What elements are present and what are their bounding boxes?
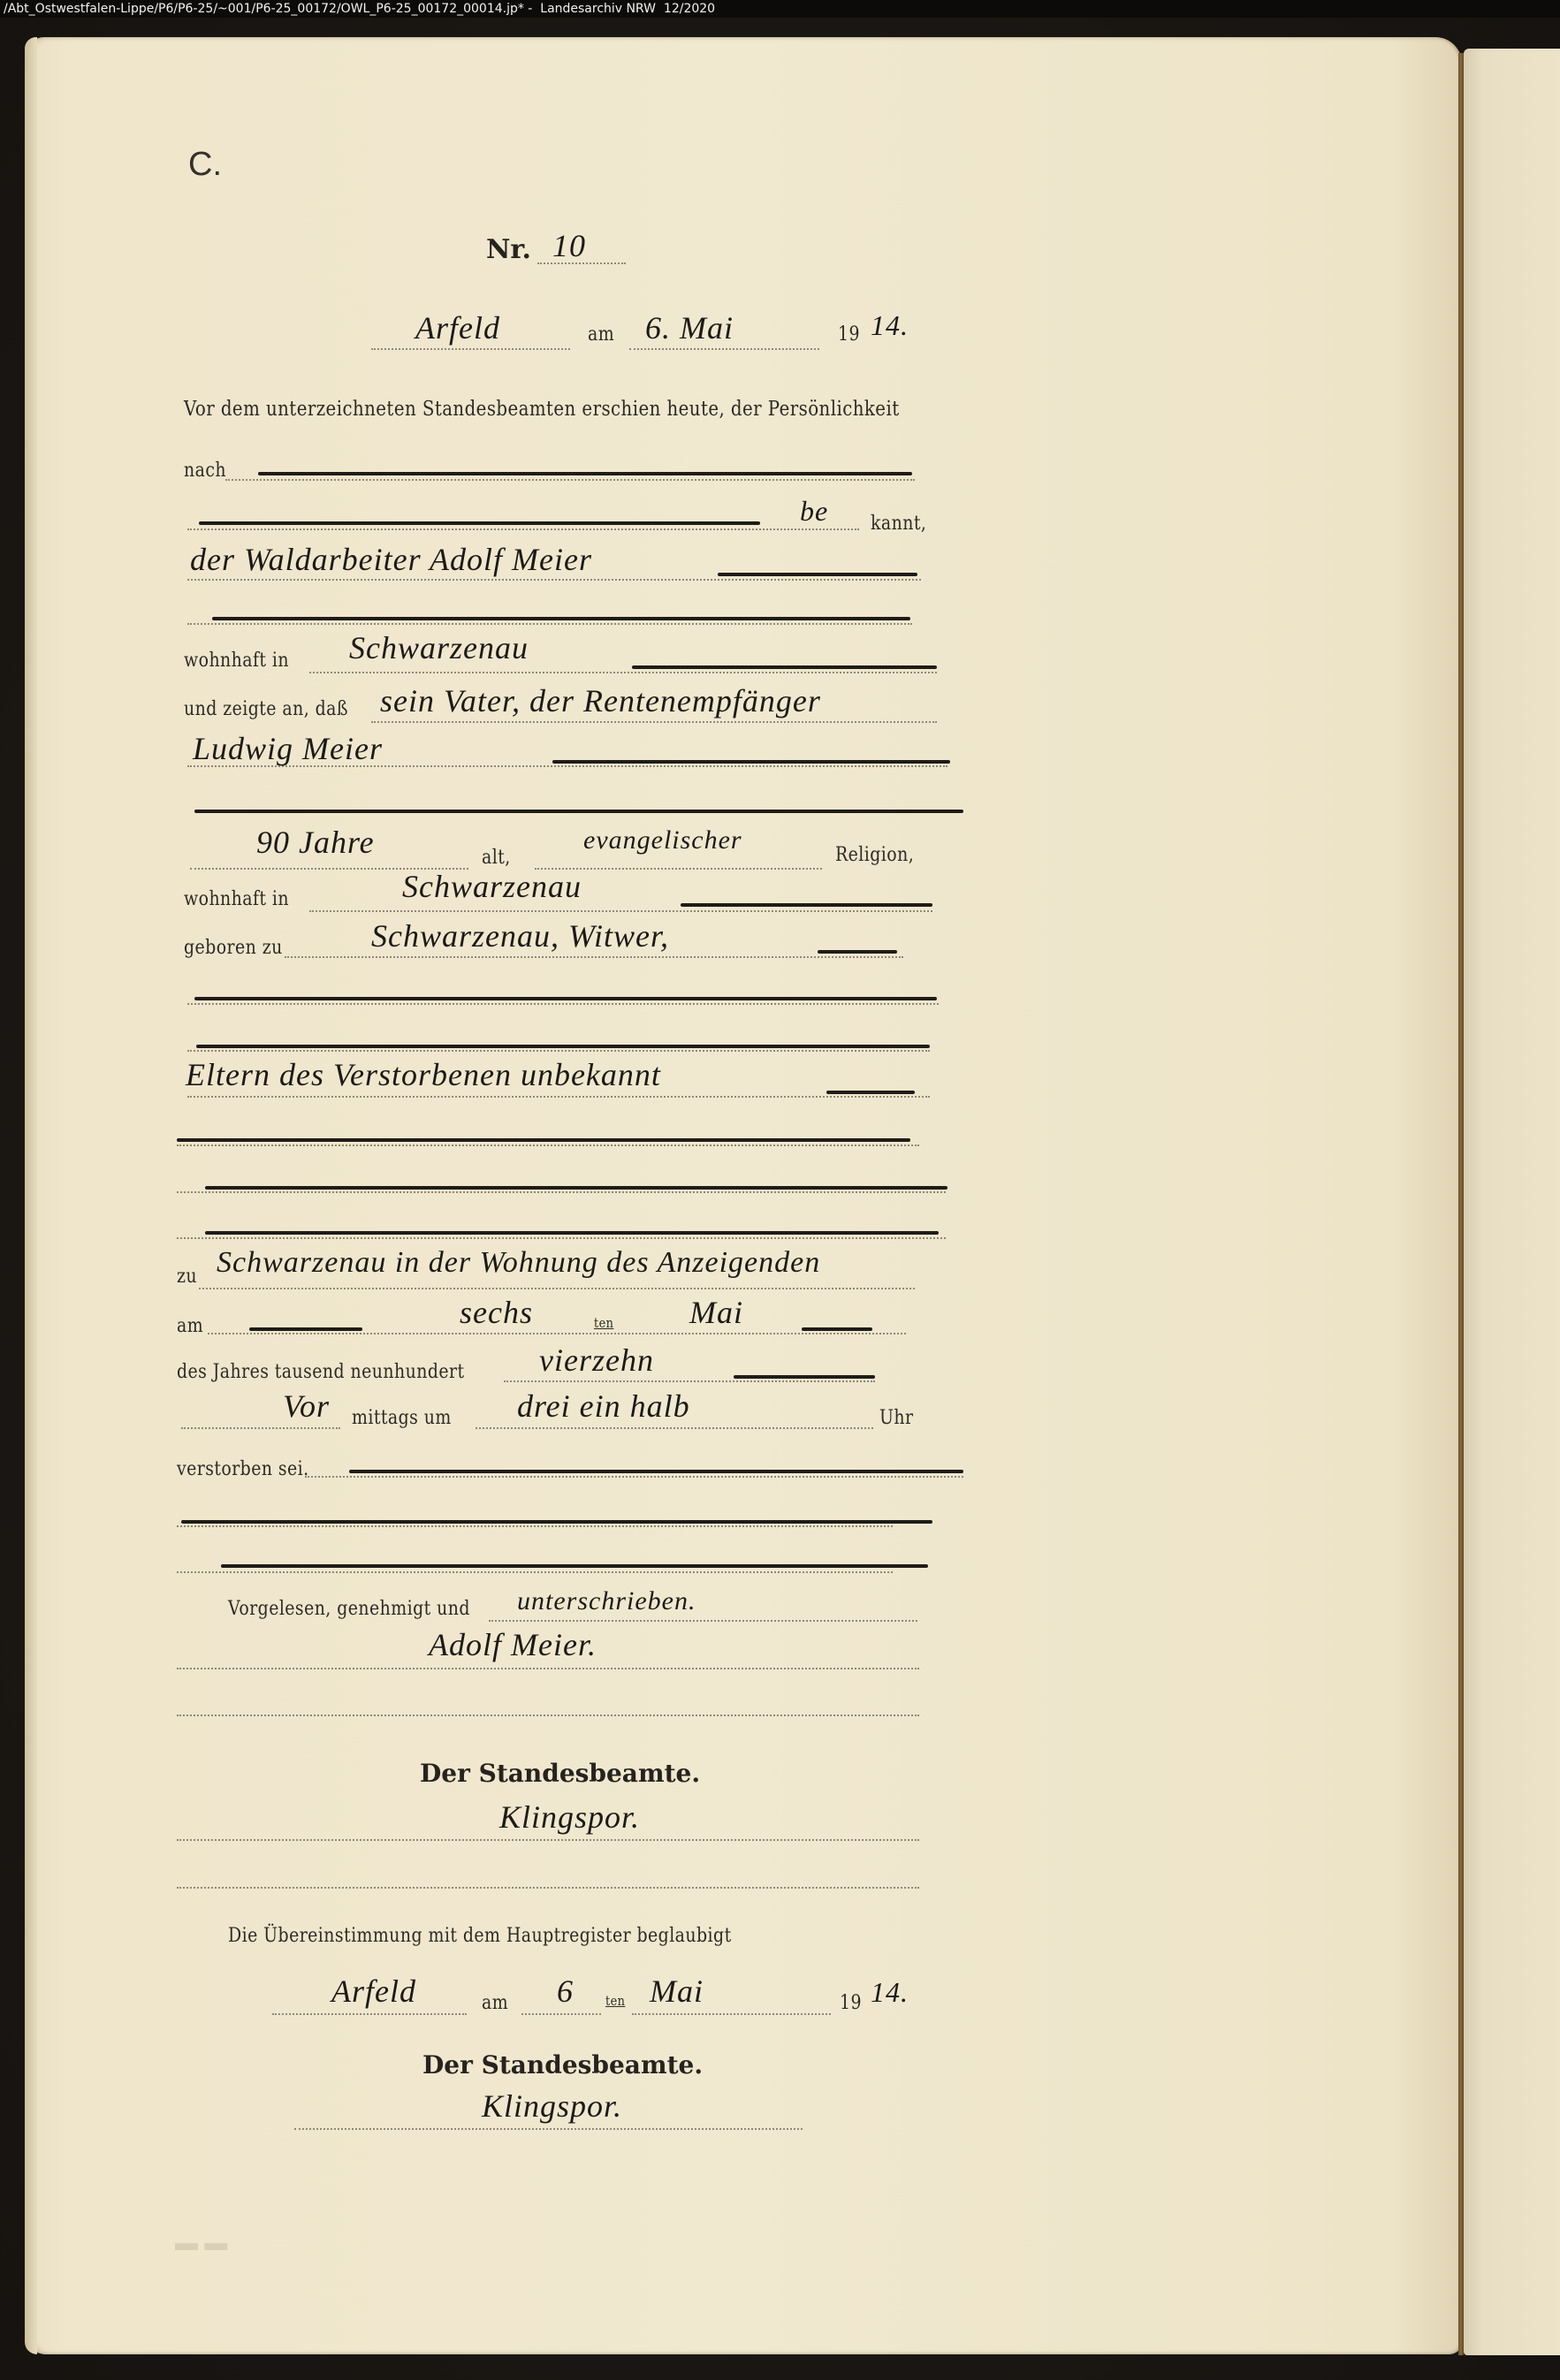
wohnhaft-strike-line [632, 665, 937, 669]
zeigte-an-label: und zeigte an, daß [184, 698, 348, 720]
registrar-signature-dotted-line [177, 1839, 919, 1841]
vorgelesen-dotted-line [489, 1620, 917, 1622]
blank-strike-line-9 [221, 1564, 928, 1568]
certification-text: Die Übereinstimmung mit dem Hauptregiste… [228, 1925, 732, 1947]
cert-day-dotted-line [521, 2013, 601, 2015]
nach-strike-line [258, 472, 912, 475]
cert-place-handwritten: Arfeld [331, 1973, 416, 2010]
blank-strike-line-3 [194, 997, 937, 1000]
death-time-handwritten: drei ein halb [517, 1388, 690, 1425]
birthplace-dotted-line [285, 956, 903, 958]
informant-strike-line [718, 573, 917, 576]
blank-dotted-line-9 [177, 1571, 893, 1573]
blank-dotted-line-4 [187, 1050, 930, 1052]
registrar-signature: Klingspor. [499, 1798, 640, 1836]
death-date-strike-left [249, 1327, 362, 1331]
age-handwritten: 90 Jahre [256, 824, 375, 861]
vor-handwritten: Vor [283, 1388, 330, 1425]
uhr-label: Uhr [879, 1407, 913, 1429]
religion-handwritten: evangelischer [583, 825, 742, 855]
deceased-residence-handwritten: Schwarzenau [402, 868, 582, 905]
death-date-dotted-line [208, 1333, 906, 1334]
death-year-strike-line [734, 1375, 875, 1379]
blank-strike-line-7 [205, 1231, 939, 1235]
bekannt-dotted-line [187, 528, 859, 530]
blank-dotted-line-6 [177, 1191, 946, 1193]
number-label: Nr. [486, 234, 531, 265]
wohnhaft-label: wohnhaft in [184, 650, 289, 672]
date-handwritten: 6. Mai [645, 309, 734, 346]
religion-label: Religion, [835, 844, 914, 866]
registrar-title: Der Standesbeamte. [420, 1759, 700, 1788]
record-number: 10 [552, 227, 586, 264]
deceased-name-handwritten: Ludwig Meier [193, 730, 383, 767]
blank-strike-line-5 [177, 1138, 910, 1142]
informant-signature: Adolf Meier. [429, 1626, 597, 1663]
cert-place-dotted-line [272, 2013, 467, 2015]
blank-dotted-line-7 [177, 1237, 946, 1239]
death-place-dotted-line [199, 1288, 915, 1289]
informant-handwritten: der Waldarbeiter Adolf Meier [190, 541, 592, 578]
cert-month-dotted-line [632, 2013, 831, 2015]
death-month-handwritten: Mai [689, 1294, 743, 1331]
zeigte-dotted-line [371, 721, 937, 723]
blank-dotted-line-5 [177, 1144, 919, 1146]
blank-strike-line-4 [196, 1045, 930, 1048]
blank-dotted-line-8 [177, 1525, 893, 1527]
cert-month-handwritten: Mai [650, 1973, 704, 2010]
birthplace-strike-line [818, 950, 897, 954]
ten-label: ten [594, 1315, 613, 1331]
blank-dotted-line-3 [187, 1003, 939, 1005]
parents-strike-line [826, 1091, 915, 1094]
cert-year-suffix-handwritten: 14. [871, 1976, 909, 2009]
cert-am-label: am [482, 1992, 508, 2014]
bleed-through-mark: ▬ ▬ [175, 2229, 227, 2256]
am-label: am [588, 323, 614, 346]
blank-dotted-line-1 [187, 623, 912, 625]
kannt-label: kannt, [871, 513, 926, 535]
verstorben-label: verstorben sei. [177, 1458, 309, 1480]
death-year-dotted-line [504, 1380, 875, 1382]
wohnhaft-label-2: wohnhaft in [184, 888, 289, 910]
mittags-label: mittags um [352, 1407, 452, 1429]
blank-strike-line-2 [194, 810, 963, 813]
verstorben-dotted-line [305, 1476, 963, 1478]
form-letter: C. [188, 146, 222, 184]
death-day-handwritten: sechs [460, 1294, 533, 1331]
registrar-signature-2-dotted-line [294, 2128, 803, 2130]
informant-dotted-line [187, 579, 921, 581]
geboren-label: geboren zu [184, 937, 283, 959]
year-prefix: 19 [838, 323, 860, 346]
vorgelesen-label: Vorgelesen, genehmigt und [228, 1598, 470, 1620]
death-place-handwritten: Schwarzenau in der Wohnung des Anzeigend… [217, 1246, 820, 1280]
blank-strike-line-8 [181, 1520, 932, 1524]
death-certificate-form: C. Nr. 10 Arfeld am 6. Mai 19 14. Vor de… [0, 0, 1560, 2380]
intro-text: Vor dem unterzeichneten Standesbeamten e… [184, 398, 900, 421]
nach-dotted-line [225, 479, 915, 481]
residence-strike-line [681, 903, 932, 907]
death-date-strike-right [802, 1327, 872, 1331]
registrar-title-2: Der Standesbeamte. [422, 2050, 703, 2080]
place-dotted-line [371, 348, 570, 350]
parents-handwritten: Eltern des Verstorbenen unbekannt [186, 1056, 661, 1093]
cert-ten-label: ten [605, 1993, 625, 2009]
zu-label: zu [177, 1266, 197, 1288]
unterschrieben-handwritten: unterschrieben. [517, 1586, 696, 1616]
blank-dotted-line-11 [177, 1887, 919, 1889]
blank-dotted-line-10 [177, 1715, 919, 1716]
place-handwritten: Arfeld [415, 309, 500, 346]
informant-signature-dotted-line [177, 1668, 919, 1669]
jahres-label: des Jahres tausend neunhundert [177, 1361, 464, 1383]
bekannt-handwritten: be [800, 495, 828, 528]
death-year-handwritten: vierzehn [539, 1342, 654, 1379]
wohnhaft-dotted-line [309, 672, 937, 673]
cert-day-handwritten: 6 [557, 1973, 574, 2010]
relation-handwritten: sein Vater, der Rentenempfänger [380, 682, 821, 719]
year-suffix-handwritten: 14. [871, 309, 909, 342]
blank-strike-line-6 [205, 1186, 947, 1190]
registrar-signature-2: Klingspor. [482, 2087, 622, 2125]
verstorben-strike-line [349, 1470, 963, 1473]
deceased-name-strike-line [552, 760, 950, 764]
birthplace-handwritten: Schwarzenau, Witwer, [371, 917, 669, 954]
blank-strike-line-1 [212, 617, 910, 620]
deceased-residence-dotted-line [309, 910, 932, 912]
informant-residence-handwritten: Schwarzenau [349, 629, 529, 666]
nach-label: nach [184, 460, 226, 482]
am-label-2: am [177, 1315, 203, 1337]
death-time-dotted-line [476, 1427, 873, 1429]
bekannt-strike-line [199, 521, 760, 525]
parents-dotted-line [187, 1096, 930, 1098]
date-dotted-line [629, 348, 819, 350]
alt-label: alt, [482, 847, 511, 869]
cert-year-prefix: 19 [840, 1992, 862, 2014]
vor-dotted-line [181, 1427, 340, 1429]
